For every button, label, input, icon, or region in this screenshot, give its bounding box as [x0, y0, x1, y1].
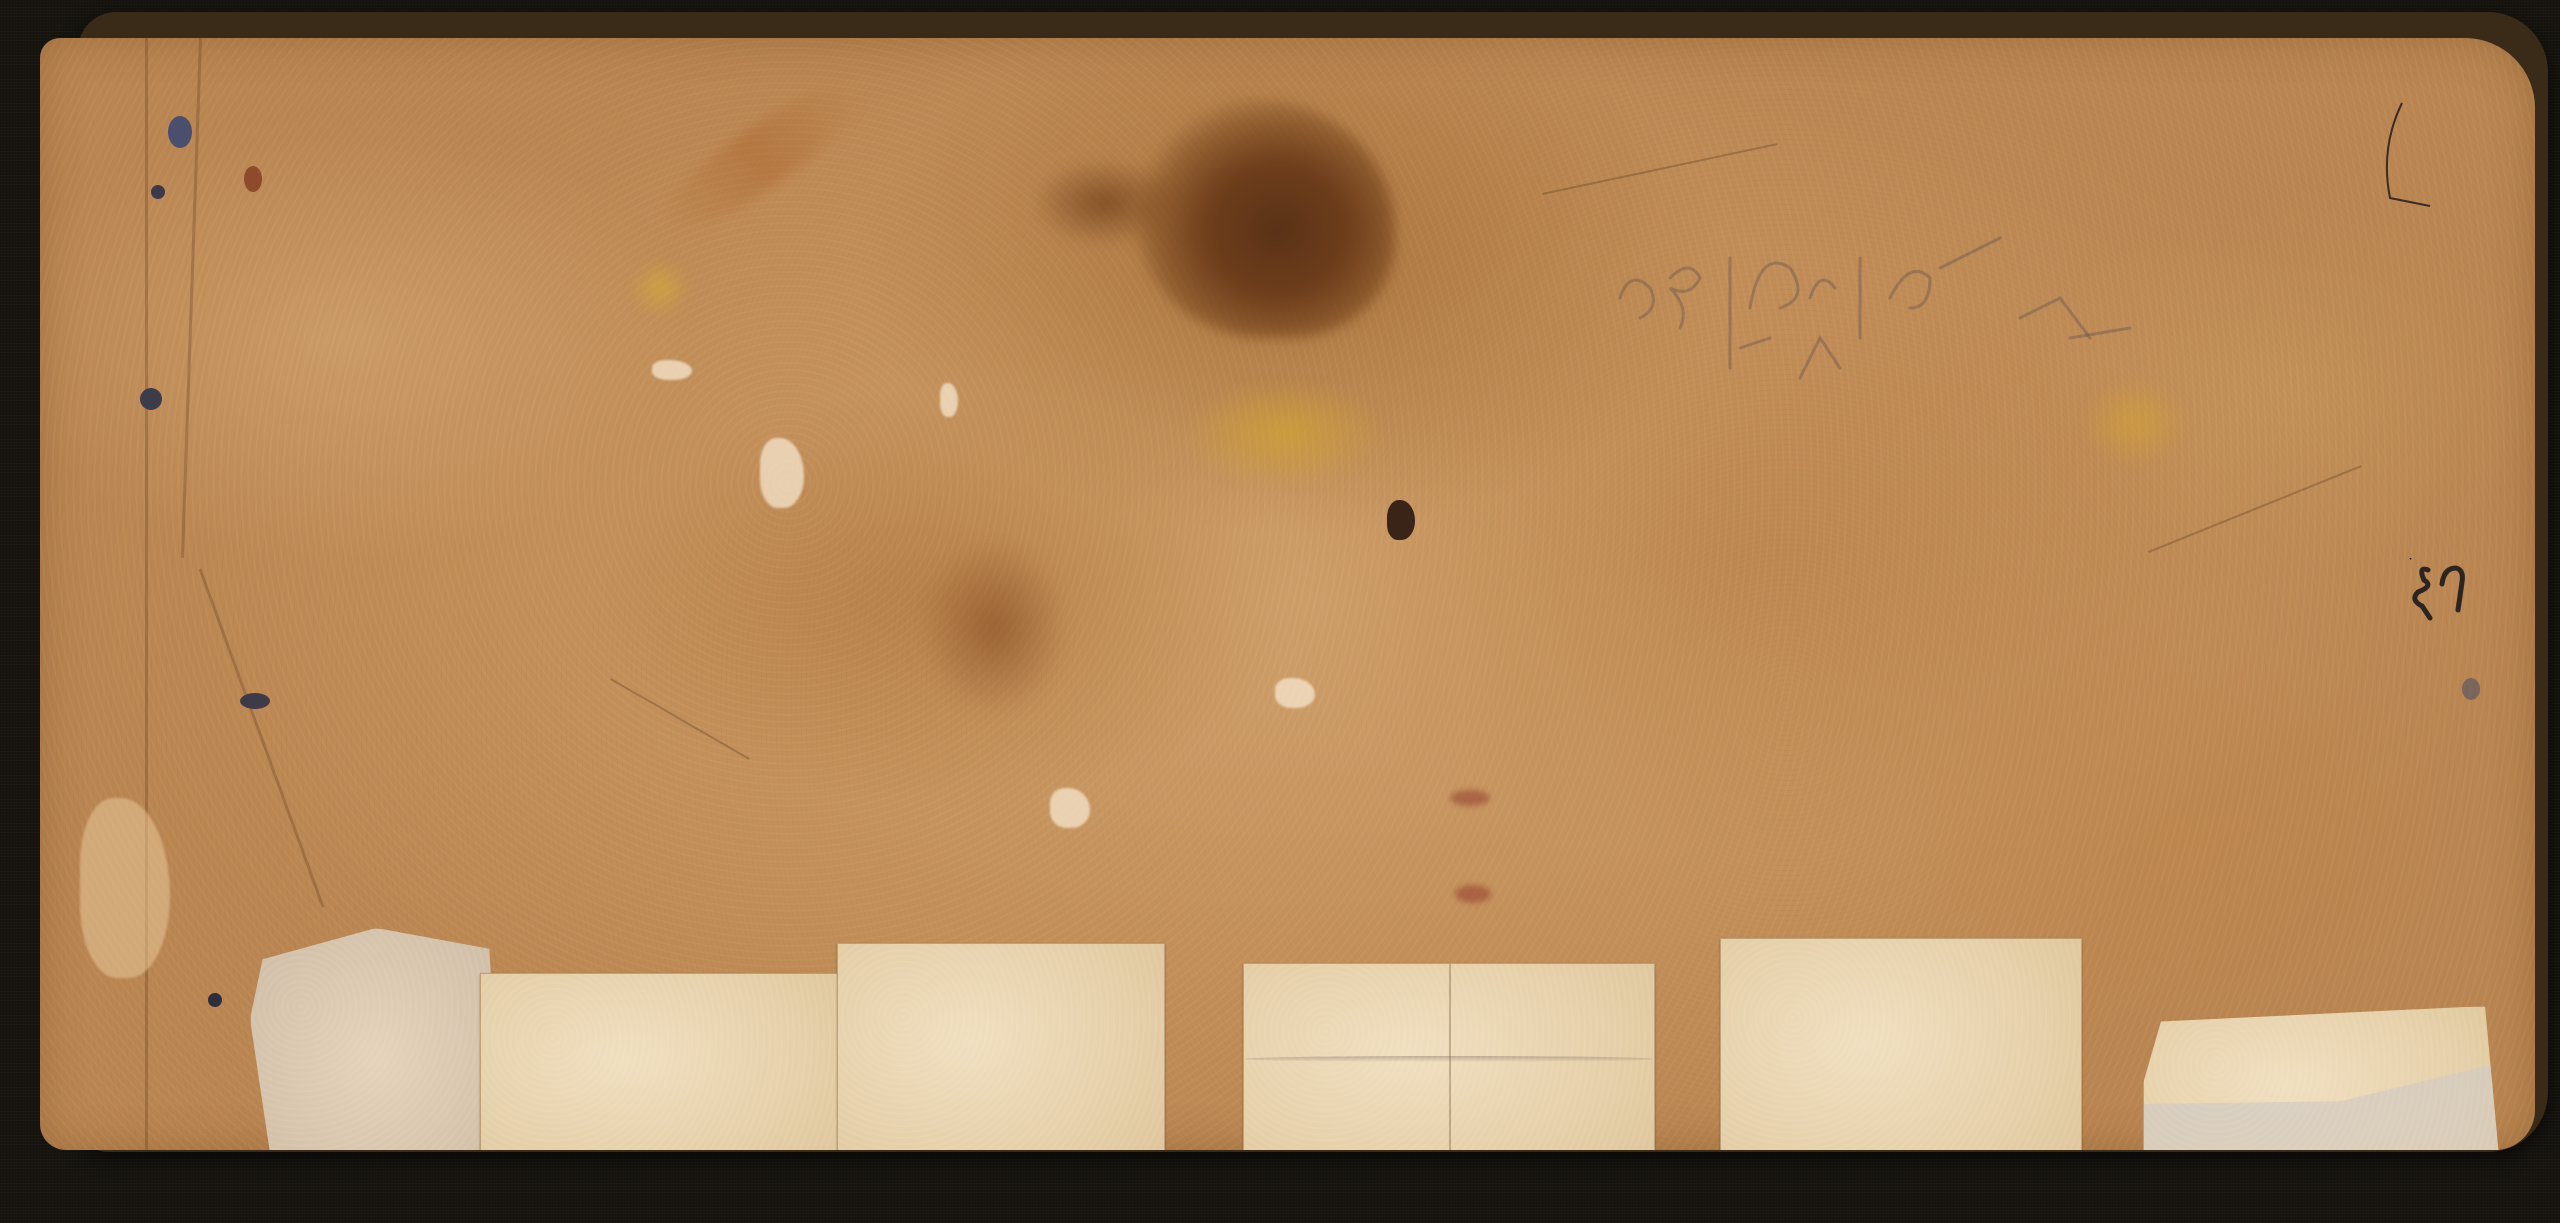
- book-cover: ३७: [40, 38, 2535, 1150]
- repair-patch-1: [250, 928, 502, 1150]
- dark-ink-spot: [140, 388, 162, 410]
- corner-ink-line: [2380, 98, 2470, 218]
- yellow-pigment-stain-right: [2080, 378, 2190, 468]
- dark-ink-spot: [151, 185, 165, 199]
- repair-patch-4: [1243, 963, 1655, 1150]
- abrasion-patch: [1050, 788, 1090, 828]
- red-pigment-smear: [1450, 790, 1490, 806]
- grey-ink-spot: [2462, 678, 2480, 700]
- faint-script-scribbles: [1600, 188, 2160, 388]
- blue-ink-spot: [168, 116, 192, 148]
- spine-crease: [145, 38, 148, 1150]
- repair-patch-2: [480, 973, 842, 1150]
- yellow-pigment-spot: [630, 258, 690, 318]
- patch-split-line: [1449, 964, 1451, 1150]
- photo-scene: ३७ Weathered manuscript book cover (back…: [0, 0, 2560, 1223]
- abrasion-patch: [652, 360, 692, 380]
- red-pigment-smear: [1455, 885, 1491, 903]
- brown-stain-center: [920, 538, 1070, 718]
- abrasion-patch: [1275, 678, 1315, 708]
- grey-torn-layer: [2144, 1062, 2502, 1150]
- repair-patch-6: [2143, 1006, 2503, 1150]
- repair-patch-5: [1720, 938, 2082, 1150]
- dark-ink-spot: [240, 693, 270, 709]
- dark-burn-spot: [1387, 500, 1415, 540]
- handwritten-numeral: ३७: [2406, 558, 2476, 628]
- dark-ink-spot: [208, 993, 222, 1007]
- numeral-text: ३७: [2406, 558, 2423, 562]
- abrasion-patch: [940, 383, 958, 417]
- patch-fold-line: [1244, 1056, 1654, 1062]
- red-pigment-spot: [244, 166, 262, 192]
- yellow-pigment-stain: [1180, 378, 1390, 488]
- repair-patch-3: [837, 943, 1165, 1150]
